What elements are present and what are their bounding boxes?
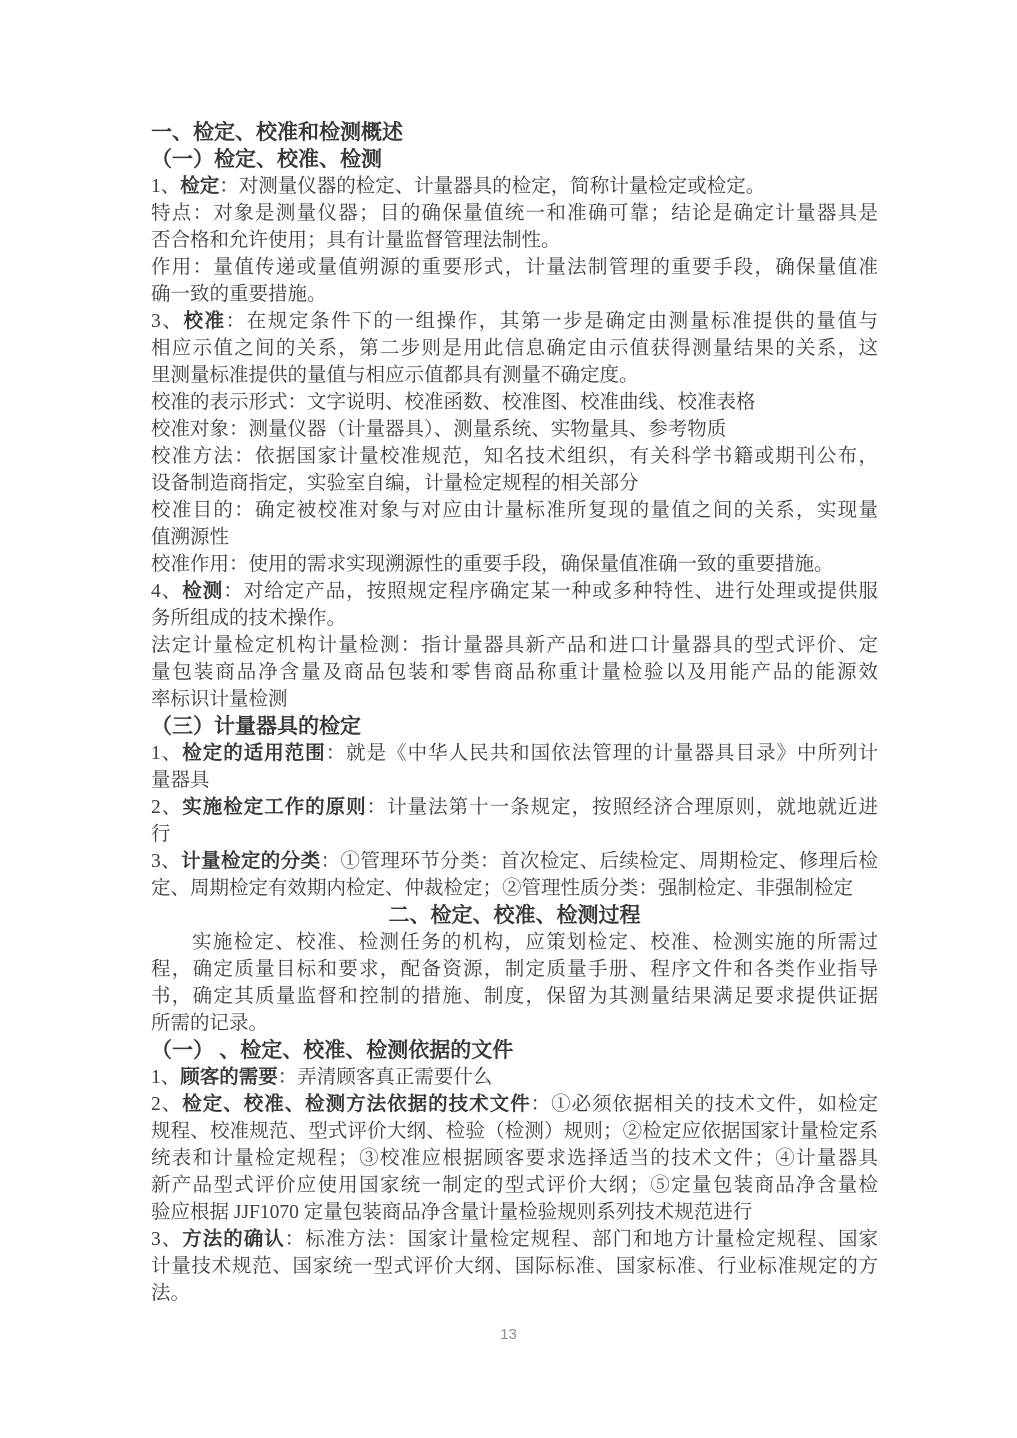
text-run: 校准的表示形式：文字说明、校准函数、校准图、校准曲线、校准表格 (151, 392, 756, 413)
text-line: 否合格和允许使用；具有计量监督管理法制性。 (151, 227, 878, 254)
text-run: 1、 (151, 743, 182, 764)
text-line: 2、检定、校准、检测方法依据的技术文件：①必须依据相关的技术文件，如检定 (151, 1091, 878, 1118)
bold-run: 检测 (182, 581, 223, 602)
heading-line: （一） 、检定、校准、检测依据的文件 (151, 1037, 878, 1064)
text-run: 验应根据 JJF1070 定量包装商品净含量计量检验规则系列技术规范进行 (151, 1202, 752, 1223)
text-run: 确一致的重要措施。 (151, 284, 327, 305)
text-run: 率标识计量检测 (151, 689, 288, 710)
bold-run: （一）检定、校准、检测 (151, 147, 382, 171)
bold-run: （三）计量器具的检定 (151, 714, 361, 738)
text-run: 规程、校准规范、型式评价大纲、检验（检测）规则；②检定应依据国家计量检定系 (151, 1121, 878, 1142)
text-line: 1、检定的适用范围：就是《中华人民共和国依法管理的计量器具目录》中所列计 (151, 740, 878, 767)
text-run: ：在规定条件下的一组操作，其第一步是确定由测量标准提供的量值与 (226, 311, 878, 332)
text-run: 校准对象：测量仪器（计量器具）、测量系统、实物量具、参考物质 (151, 419, 726, 440)
text-run: ：对给定产品，按照规定程序确定某一种或多种特性、进行处理或提供服 (223, 581, 878, 602)
text-line: 新产品型式评价应使用国家统一制定的型式评价大纲；⑤定量包装商品净含量检 (151, 1172, 878, 1199)
text-run: 统表和计量检定规程；③校准应根据顾客要求选择适当的技术文件；④计量器具 (151, 1148, 878, 1169)
text-line: 法定计量检定机构计量检测：指计量器具新产品和进口计量器具的型式评价、定 (151, 632, 878, 659)
heading-line: （三）计量器具的检定 (151, 713, 878, 740)
heading-line: 二、检定、校准、检测过程 (151, 902, 878, 929)
text-run: 校准目的：确定被校准对象与对应由计量标准所复现的量值之间的关系，实现量 (151, 500, 878, 521)
text-line: 特点：对象是测量仪器；目的确保量值统一和准确可靠；结论是确定计量器具是 (151, 200, 878, 227)
text-line: 1、检定：对测量仪器的检定、计量器具的检定，简称计量检定或检定。 (151, 173, 878, 200)
text-run: 计量技术规范、国家统一型式评价大纲、国际标准、国家标准、行业标准规定的方 (151, 1256, 878, 1277)
text-line: 4、检测：对给定产品，按照规定程序确定某一种或多种特性、进行处理或提供服 (151, 578, 878, 605)
text-line: 程，确定质量目标和要求，配备资源，制定质量手册、程序文件和各类作业指导 (151, 956, 878, 983)
text-run: 3、 (151, 1229, 182, 1250)
text-run: 2、 (151, 797, 182, 818)
text-run: 务所组成的技术操作。 (151, 608, 346, 629)
text-run: ：标准方法：国家计量检定规程、部门和地方计量检定规程、国家 (285, 1229, 878, 1250)
text-line: 3、方法的确认：标准方法：国家计量检定规程、部门和地方计量检定规程、国家 (151, 1226, 878, 1253)
text-run: 法。 (151, 1283, 190, 1304)
text-line: 法。 (151, 1280, 878, 1307)
text-run: 1、 (151, 1067, 180, 1088)
text-run: 里测量标准提供的量值与相应示值都具有测量不确定度。 (151, 365, 639, 386)
text-line: 确一致的重要措施。 (151, 281, 878, 308)
text-line: 率标识计量检测 (151, 686, 878, 713)
text-line: 验应根据 JJF1070 定量包装商品净含量计量检验规则系列技术规范进行 (151, 1199, 878, 1226)
text-line: 2、实施检定工作的原则：计量法第十一条规定，按照经济合理原则，就地就近进 (151, 794, 878, 821)
bold-run: 二、检定、校准、检测过程 (389, 903, 641, 927)
text-run: 所需的记录。 (151, 1013, 268, 1034)
text-run: 程，确定质量目标和要求，配备资源，制定质量手册、程序文件和各类作业指导 (151, 959, 878, 980)
text-line: 校准方法：依据国家计量校准规范，知名技术组织，有关科学书籍或期刊公布， (151, 443, 878, 470)
text-run: 作用：量值传递或量值朔源的重要形式，计量法制管理的重要手段，确保量值准 (151, 257, 878, 278)
text-line: 校准作用：使用的需求实现溯源性的重要手段，确保量值准确一致的重要措施。 (151, 551, 878, 578)
text-line: 3、校准：在规定条件下的一组操作，其第一步是确定由测量标准提供的量值与 (151, 308, 878, 335)
document-page: { "page": { "number": "13", "background_… (0, 0, 1017, 1438)
text-run: 校准作用：使用的需求实现溯源性的重要手段，确保量值准确一致的重要措施。 (151, 554, 834, 575)
text-run: 2、 (151, 1094, 182, 1115)
text-run: 3、 (151, 311, 183, 332)
text-run: 量器具 (151, 770, 210, 791)
text-run: 校准方法：依据国家计量校准规范，知名技术组织，有关科学书籍或期刊公布， (151, 446, 878, 467)
bold-run: （一） 、检定、校准、检测依据的文件 (151, 1038, 513, 1062)
text-run: 法定计量检定机构计量检测：指计量器具新产品和进口计量器具的型式评价、定 (151, 635, 878, 656)
bold-run: 方法的确认 (182, 1229, 284, 1250)
text-line: 设备制造商指定，实验室自编，计量检定规程的相关部分 (151, 470, 878, 497)
page-number: 13 (0, 1326, 1017, 1343)
text-line: 作用：量值传递或量值朔源的重要形式，计量法制管理的重要手段，确保量值准 (151, 254, 878, 281)
bold-run: 校准 (183, 311, 225, 332)
text-run: ：就是《中华人民共和国依法管理的计量器具目录》中所列计 (326, 743, 878, 764)
text-line: 量包装商品净含量及商品包装和零售商品称重计量检验以及用能产品的能源效 (151, 659, 878, 686)
text-run: 设备制造商指定，实验室自编，计量检定规程的相关部分 (151, 473, 639, 494)
text-line: 书，确定其质量监督和控制的措施、制度，保留为其测量结果满足要求提供证据 (151, 983, 878, 1010)
text-run: ：①必须依据相关的技术文件，如检定 (531, 1094, 878, 1115)
text-line: 规程、校准规范、型式评价大纲、检验（检测）规则；②检定应依据国家计量检定系 (151, 1118, 878, 1145)
heading-line: 一、检定、校准和检测概述 (151, 119, 878, 146)
text-run: 1、 (151, 176, 180, 197)
text-run: 值溯源性 (151, 527, 229, 548)
text-line: 统表和计量检定规程；③校准应根据顾客要求选择适当的技术文件；④计量器具 (151, 1145, 878, 1172)
text-run: 量包装商品净含量及商品包装和零售商品称重计量检验以及用能产品的能源效 (151, 662, 878, 683)
text-run: ：对测量仪器的检定、计量器具的检定，简称计量检定或检定。 (219, 176, 765, 197)
text-line: 务所组成的技术操作。 (151, 605, 878, 632)
document-body: 一、检定、校准和检测概述（一）检定、校准、检测1、检定：对测量仪器的检定、计量器… (151, 119, 878, 1307)
text-run: 行 (151, 824, 171, 845)
text-run: 书，确定其质量监督和控制的措施、制度，保留为其测量结果满足要求提供证据 (151, 986, 878, 1007)
text-line: 校准对象：测量仪器（计量器具）、测量系统、实物量具、参考物质 (151, 416, 878, 443)
text-run: ：计量法第十一条规定，按照经济合理原则，就地就近进 (367, 797, 878, 818)
bold-run: 检定、校准、检测方法依据的技术文件 (182, 1094, 530, 1115)
text-line: 里测量标准提供的量值与相应示值都具有测量不确定度。 (151, 362, 878, 389)
text-run: ：弄清顾客真正需要什么 (278, 1067, 493, 1088)
text-line: 行 (151, 821, 878, 848)
bold-run: 实施检定工作的原则 (182, 797, 366, 818)
text-run: 新产品型式评价应使用国家统一制定的型式评价大纲；⑤定量包装商品净含量检 (151, 1175, 878, 1196)
bold-run: 计量检定的分类 (181, 851, 320, 872)
text-line: 量器具 (151, 767, 878, 794)
text-run: 3、 (151, 851, 181, 872)
text-line: 3、计量检定的分类：①管理环节分类：首次检定、后续检定、周期检定、修理后检 (151, 848, 878, 875)
text-line: 实施检定、校准、检测任务的机构，应策划检定、校准、检测实施的所需过 (151, 929, 878, 956)
text-run: 特点：对象是测量仪器；目的确保量值统一和准确可靠；结论是确定计量器具是 (151, 203, 878, 224)
text-line: 校准的表示形式：文字说明、校准函数、校准图、校准曲线、校准表格 (151, 389, 878, 416)
text-run: ：①管理环节分类：首次检定、后续检定、周期检定、修理后检 (321, 851, 878, 872)
text-run: 实施检定、校准、检测任务的机构，应策划检定、校准、检测实施的所需过 (192, 932, 878, 953)
text-line: 1、顾客的需要：弄清顾客真正需要什么 (151, 1064, 878, 1091)
text-line: 值溯源性 (151, 524, 878, 551)
text-line: 定、周期检定有效期内检定、仲裁检定；②管理性质分类：强制检定、非强制检定 (151, 875, 878, 902)
text-line: 所需的记录。 (151, 1010, 878, 1037)
text-line: 计量技术规范、国家统一型式评价大纲、国际标准、国家标准、行业标准规定的方 (151, 1253, 878, 1280)
text-run: 4、 (151, 581, 182, 602)
heading-line: （一）检定、校准、检测 (151, 146, 878, 173)
bold-run: 检定的适用范围 (182, 743, 325, 764)
text-run: 相应示值之间的关系，第二步则是用此信息确定由示值获得测量结果的关系，这 (151, 338, 878, 359)
bold-run: 检定 (180, 176, 219, 197)
bold-run: 一、检定、校准和检测概述 (151, 120, 403, 144)
bold-run: 顾客的需要 (180, 1067, 278, 1088)
text-run: 定、周期检定有效期内检定、仲裁检定；②管理性质分类：强制检定、非强制检定 (151, 878, 853, 899)
text-run: 否合格和允许使用；具有计量监督管理法制性。 (151, 230, 561, 251)
text-line: 相应示值之间的关系，第二步则是用此信息确定由示值获得测量结果的关系，这 (151, 335, 878, 362)
text-line: 校准目的：确定被校准对象与对应由计量标准所复现的量值之间的关系，实现量 (151, 497, 878, 524)
